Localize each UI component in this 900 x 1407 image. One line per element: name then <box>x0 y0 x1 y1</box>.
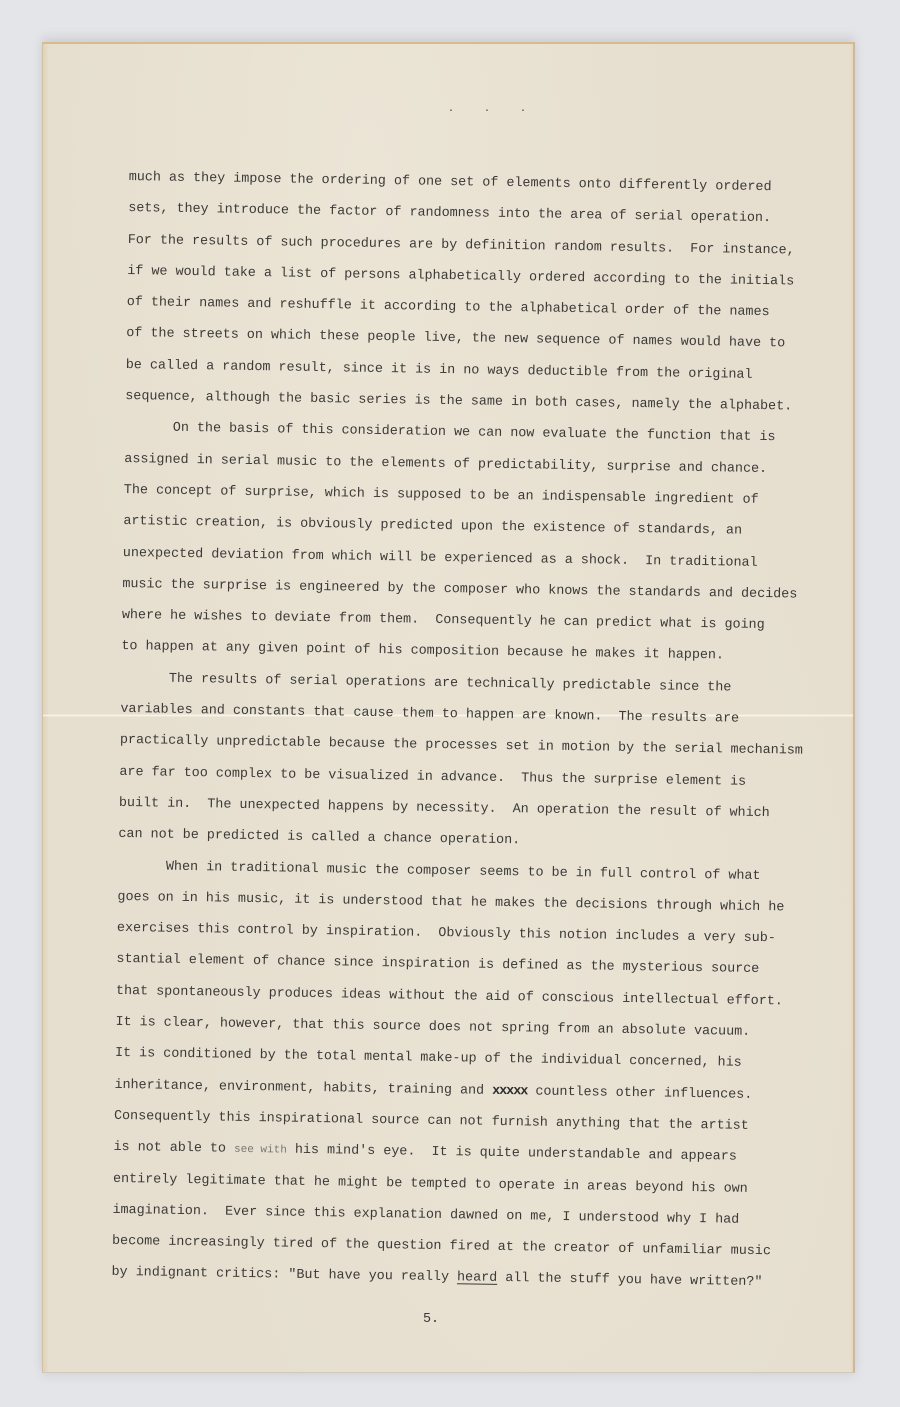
text-segment: by indignant critics: "But have you real… <box>111 1265 457 1285</box>
header-marks: . . . <box>448 104 538 115</box>
typewritten-page: . . . much as they impose the ordering o… <box>42 42 855 1373</box>
text-segment: his mind's eye. It is quite understandab… <box>287 1143 737 1165</box>
paragraph-3: The results of serial operations are tec… <box>118 663 821 862</box>
body-text: much as they impose the ordering of one … <box>111 162 829 1300</box>
underlined-word: heard <box>457 1271 497 1287</box>
text-segment: inheritance, environment, habits, traini… <box>114 1077 492 1098</box>
faint-typed-text: see with <box>234 1144 287 1157</box>
text-segment: is not able to <box>113 1140 234 1157</box>
typed-over-word: xxxxx <box>492 1083 527 1099</box>
text-segment: countless other influences. <box>527 1084 752 1103</box>
paragraph-4: When in traditional music the composer s… <box>111 850 818 1299</box>
page-number: 5. <box>423 1312 439 1327</box>
paragraph-1: much as they impose the ordering of one … <box>125 162 829 423</box>
text-segment: all the stuff you have written?" <box>497 1271 762 1290</box>
paragraph-2: On the basis of this consideration we ca… <box>121 412 825 673</box>
